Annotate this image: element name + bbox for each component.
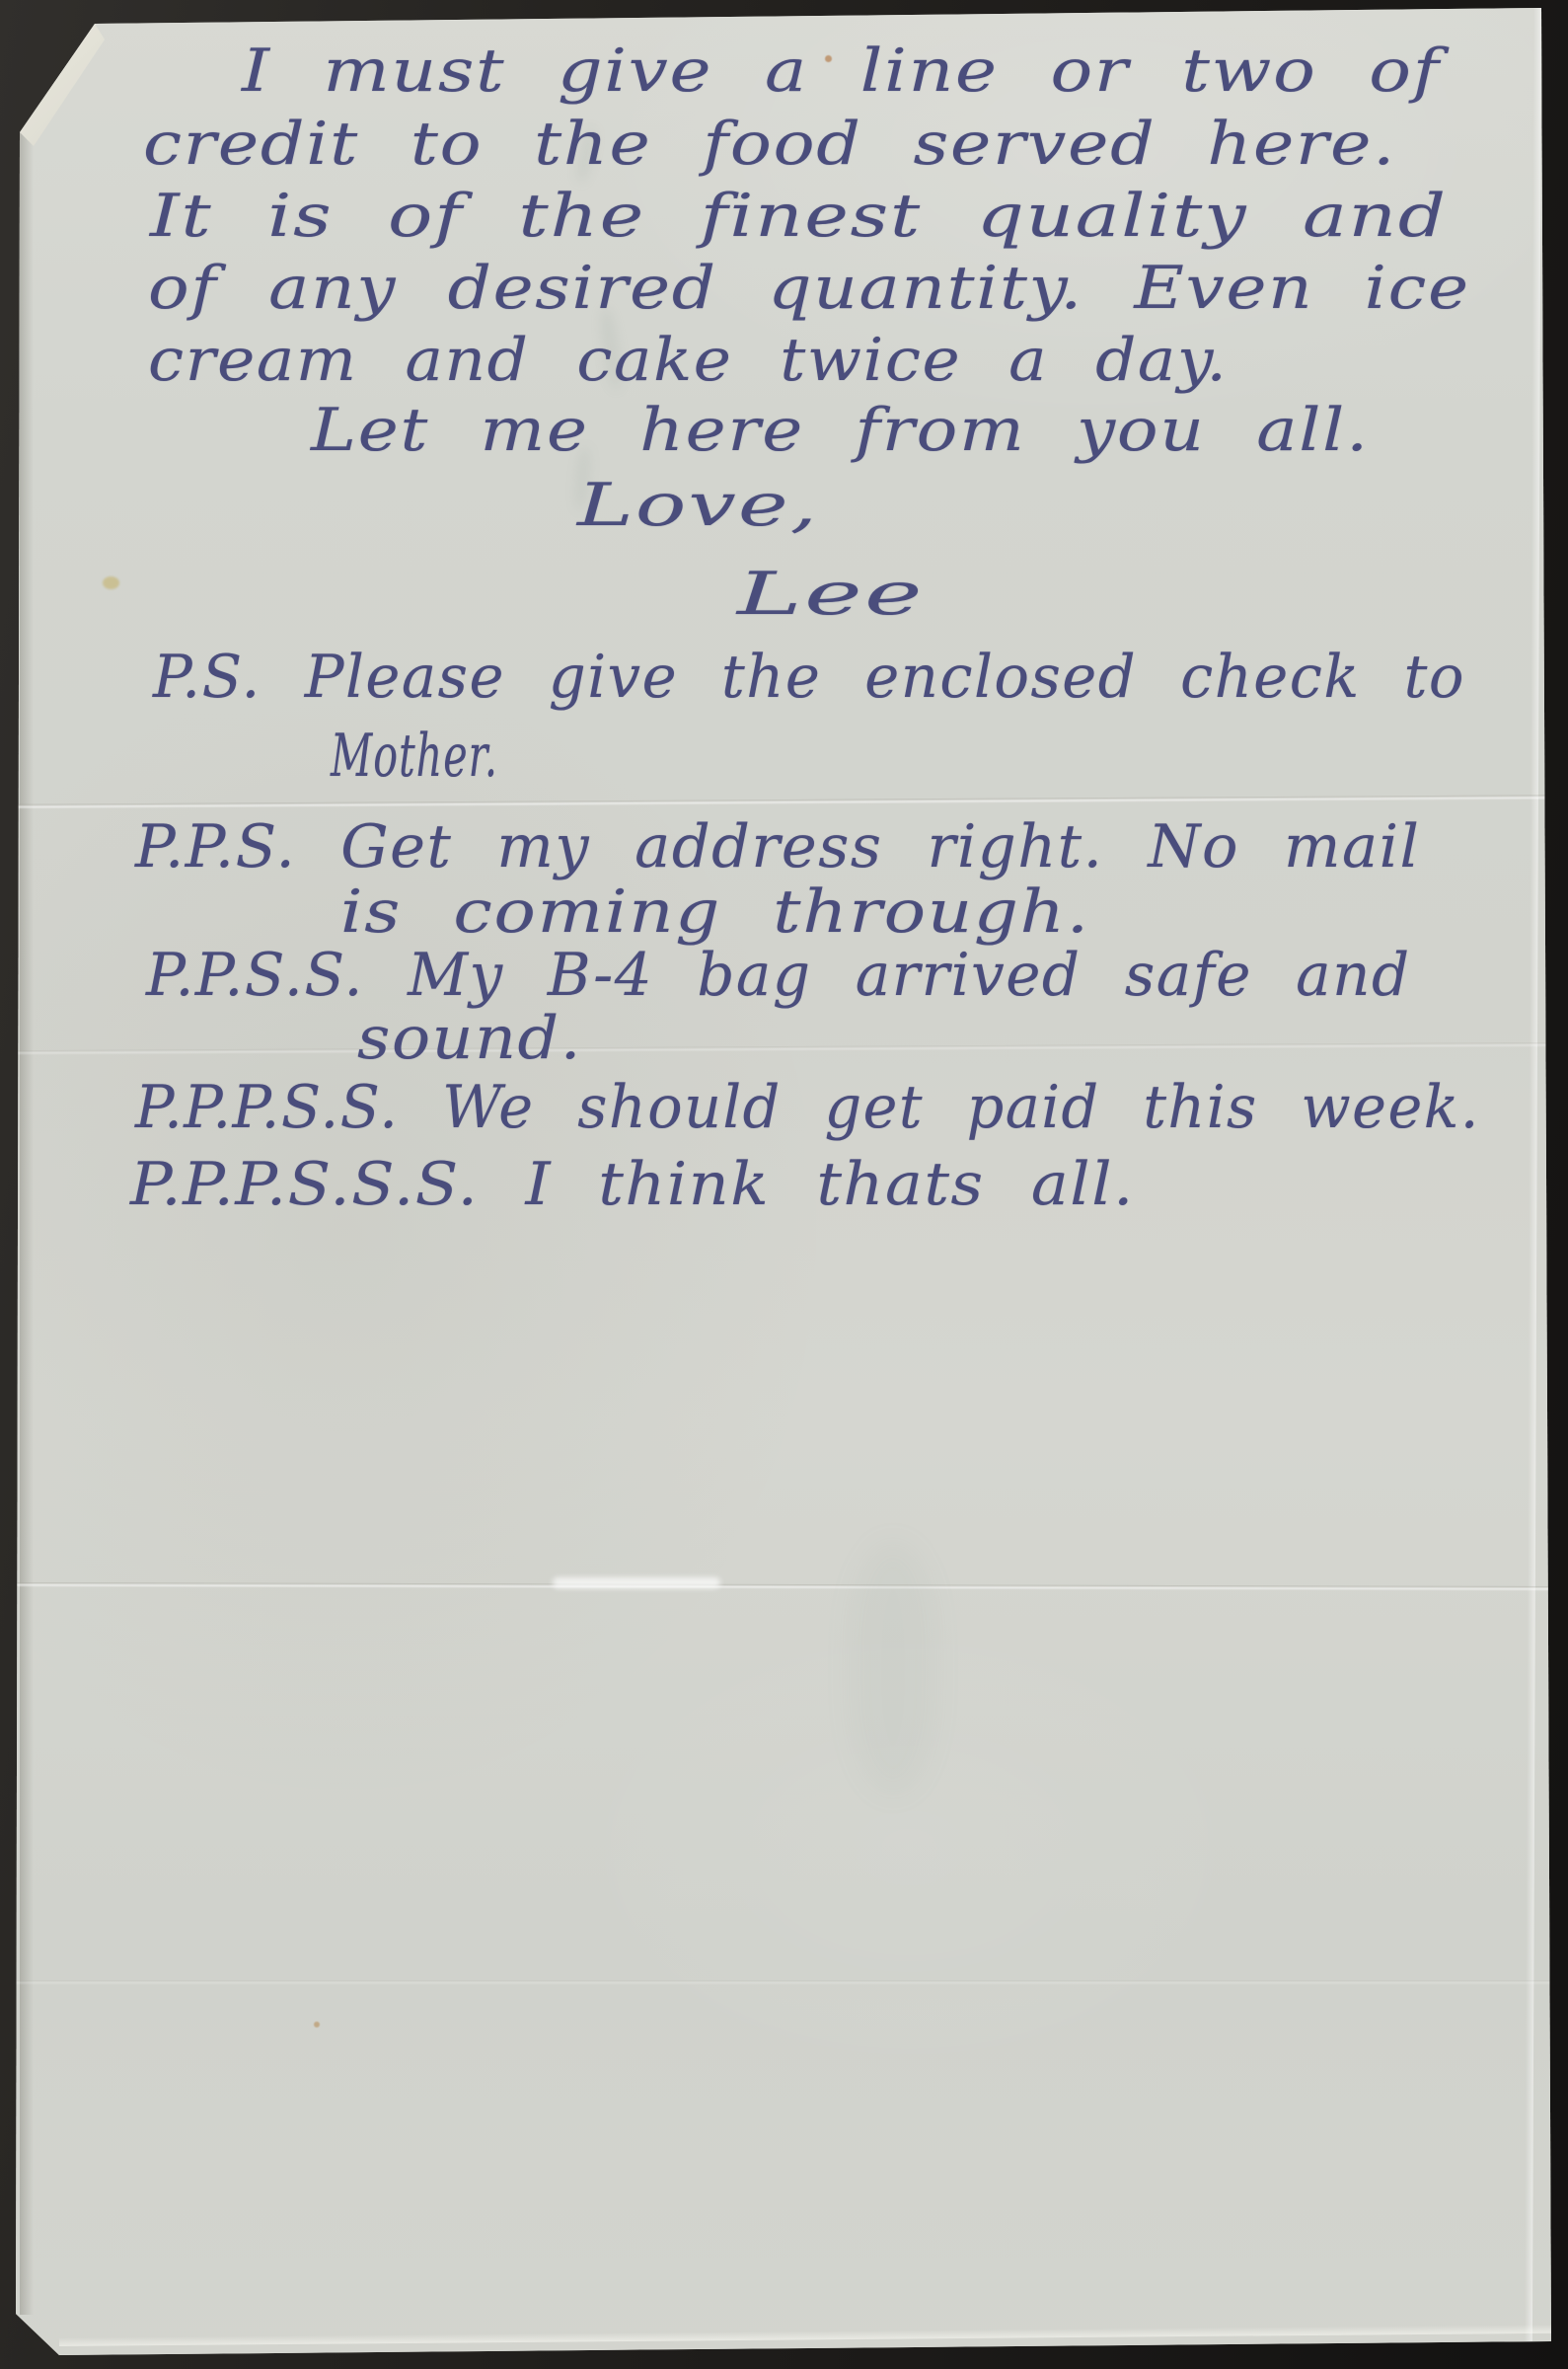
dog-ear-fold-bottom-left (0, 2270, 118, 2369)
letter-paper: I must give a line or two ofcredit to th… (0, 0, 1568, 2369)
paper-edge-highlight-bottom (59, 2325, 1551, 2346)
letter-line-5-body: cream and cake twice a day. (148, 329, 1229, 392)
fold-crease (0, 1980, 1568, 1985)
fold-crease (0, 795, 1568, 809)
letter-line-14-postscript: sound. (357, 1007, 582, 1070)
letter-line-1-body: I must give a line or two of (242, 39, 1441, 103)
paper-stain (314, 2022, 320, 2027)
fold-crease (0, 1582, 1568, 1591)
letter-line-2-body: credit to the food served here. (143, 113, 1396, 176)
letter-line-15-postscript: P.P.P.S.S. We should get paid this week. (135, 1076, 1480, 1139)
paper-edge-shadow-top (89, 0, 1541, 22)
letter-line-11-postscript: P.P.S. Get my address right. No mail (135, 815, 1420, 879)
letter-line-8-signature: Lee (737, 563, 925, 626)
paper-edge-highlight-right (1525, 8, 1541, 2341)
fold-crease (0, 1042, 1568, 1055)
crease-scuff-mark (553, 1577, 720, 1588)
letter-line-6-body: Let me here from you all. (311, 399, 1370, 462)
letter-line-12-postscript: is coming through. (340, 880, 1090, 944)
letter-line-9-postscript: P.S. Please give the enclosed check to (153, 646, 1465, 709)
letter-line-4-body: of any desired quantity. Even ice (148, 257, 1470, 320)
letter-line-16-postscript: P.P.P.S.S.S. I think thats all. (130, 1153, 1135, 1216)
letter-line-7-closing: Love, (577, 474, 819, 537)
paper-edge-shadow-left (20, 128, 34, 2315)
letter-line-10-postscript: Mother. (331, 725, 498, 788)
scanned-letter: I must give a line or two ofcredit to th… (0, 0, 1568, 2369)
letter-line-3-body: It is of the finest quality and (150, 185, 1448, 248)
paper-stain (103, 576, 119, 589)
ink-showthrough-mark (849, 1540, 937, 1796)
letter-line-13-postscript: P.P.S.S. My B-4 bag arrived safe and (146, 944, 1411, 1007)
